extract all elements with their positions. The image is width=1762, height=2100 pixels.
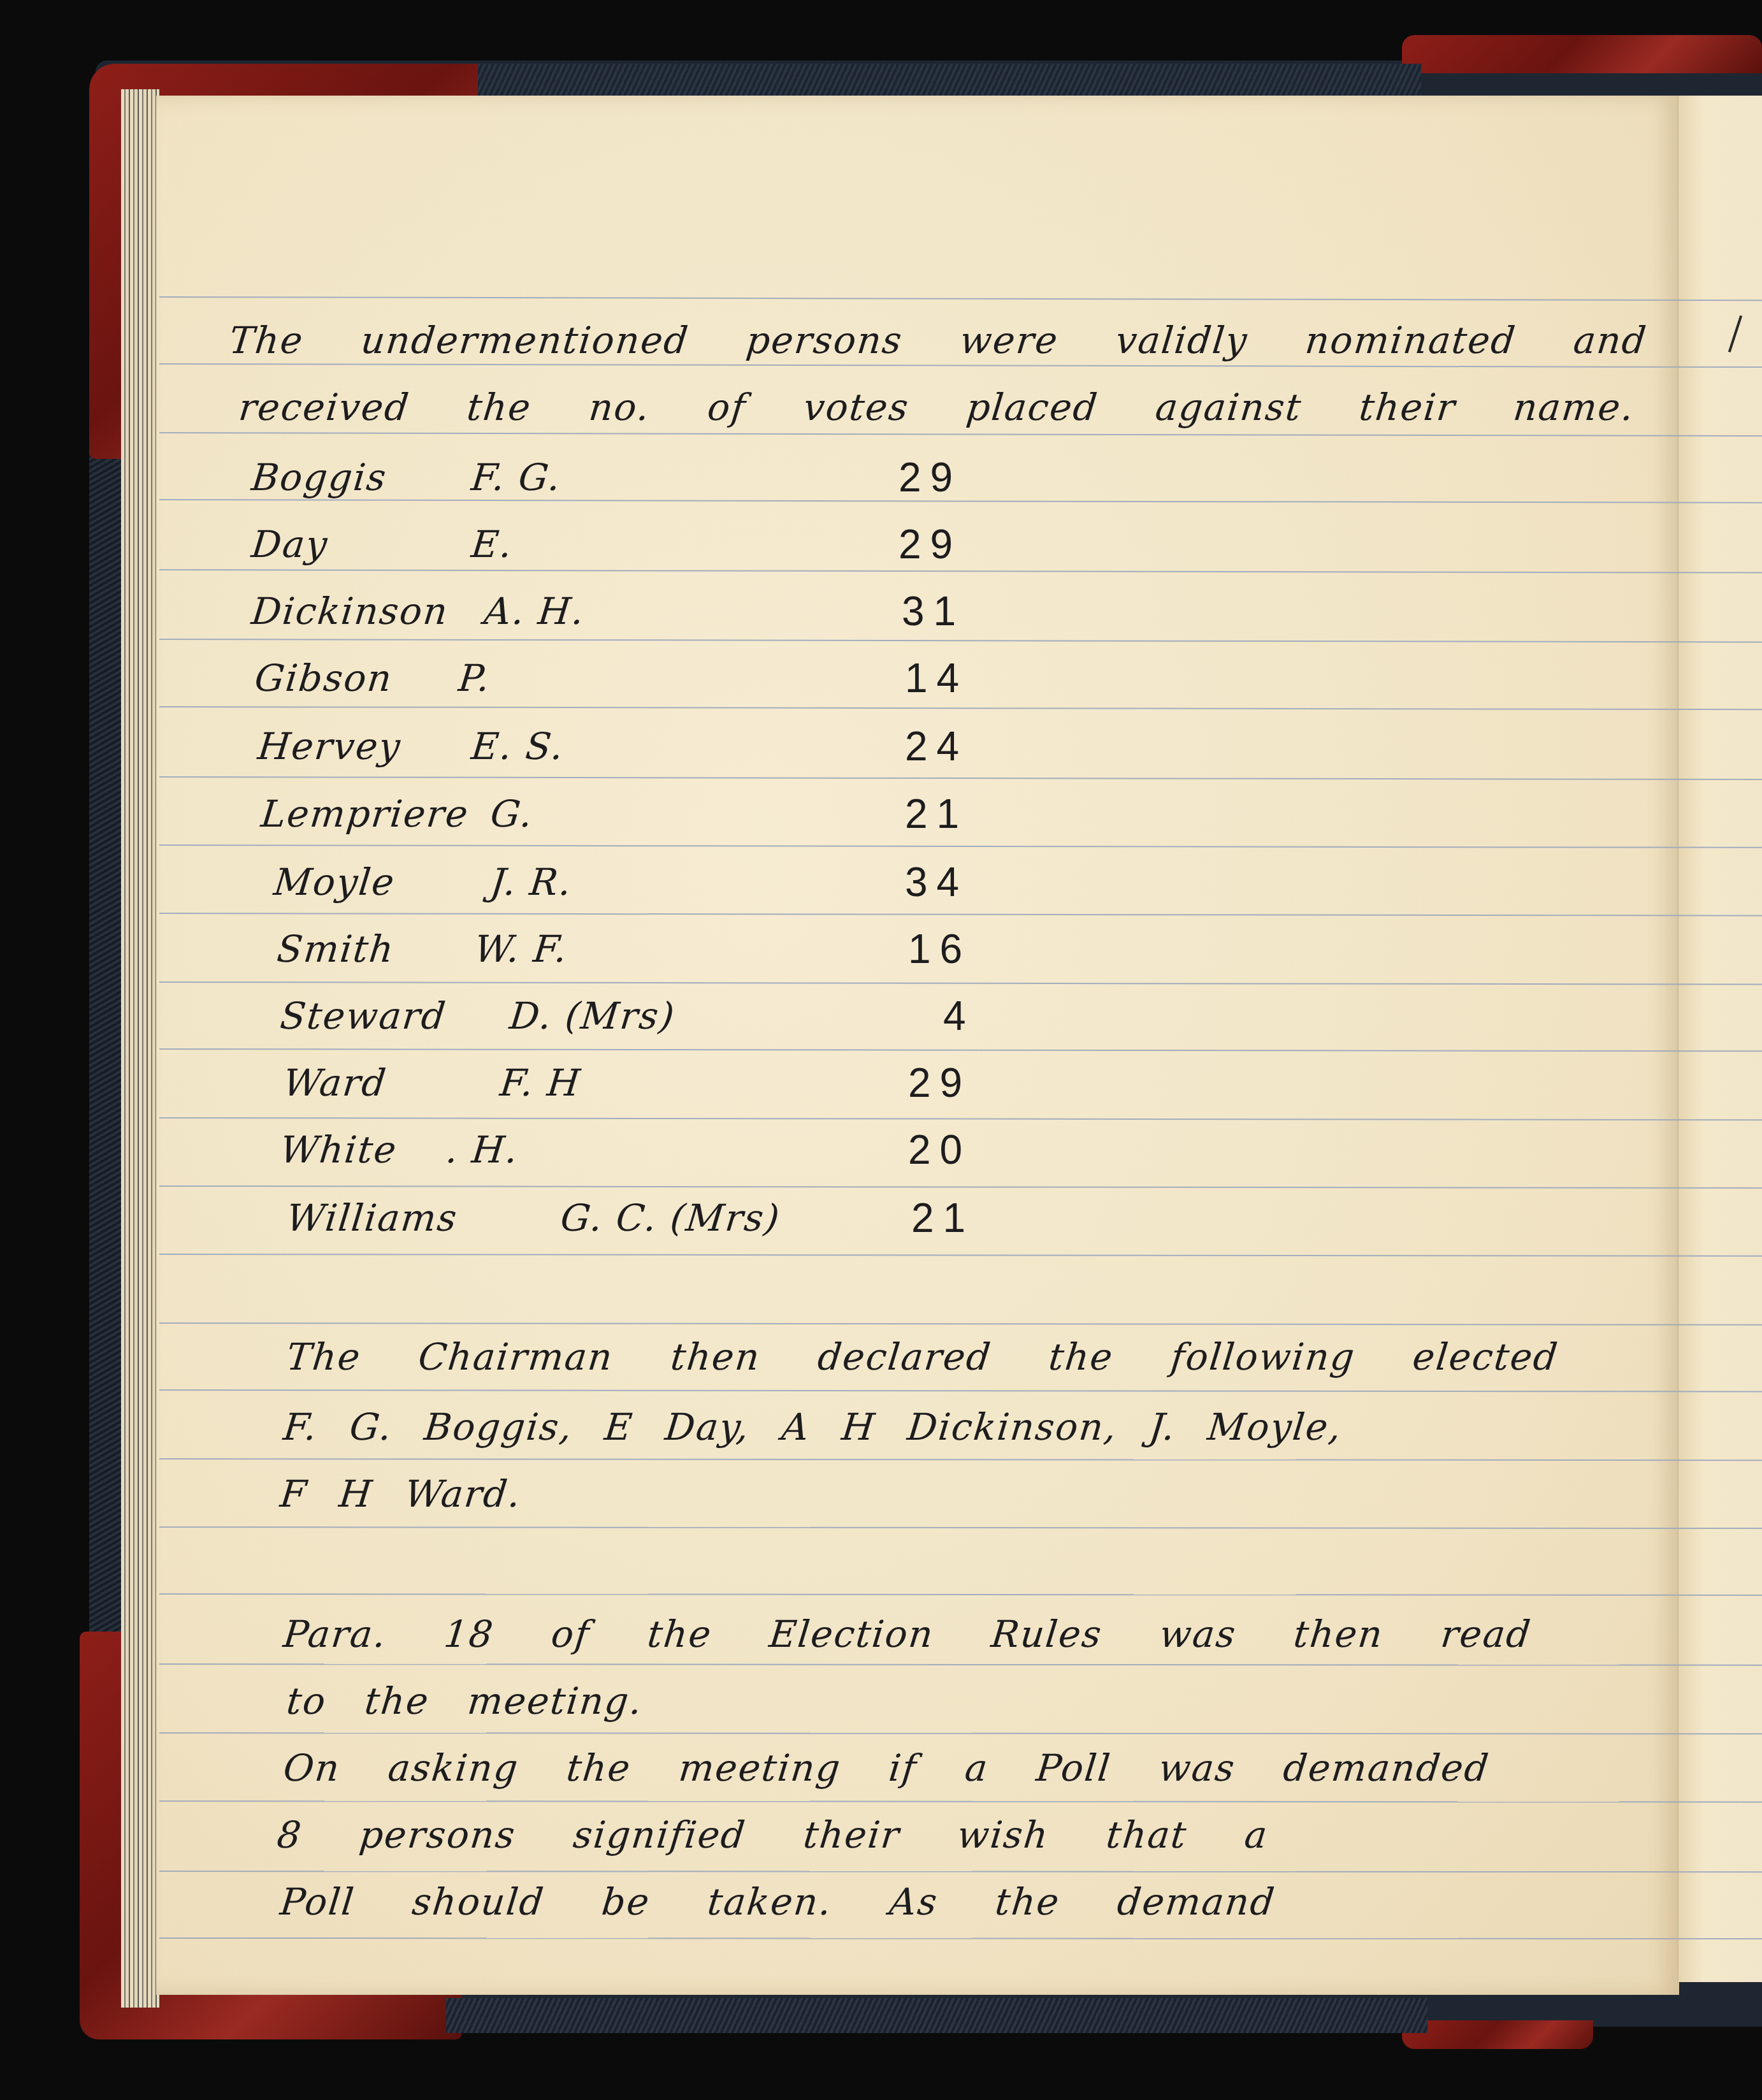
book-spread: The undermentioned persons were validly …	[0, 0, 1762, 2100]
candidate-votes: 21	[905, 790, 968, 837]
candidate-surname: Steward	[278, 994, 449, 1038]
candidate-surname: Day	[249, 523, 330, 566]
intro-line-2: received the no. of votes placed against…	[236, 386, 1636, 429]
candidate-surname: Gibson	[252, 656, 394, 700]
candidate-initials: J. R.	[488, 860, 574, 904]
candidate-initials: E.	[469, 523, 515, 566]
poll-line-1: On asking the meeting if a Poll was dema…	[281, 1746, 1491, 1790]
candidate-surname: Boggis	[249, 456, 389, 499]
candidate-surname: Moyle	[271, 860, 397, 904]
rules-line-1: Para. 18 of the Election Rules was then …	[281, 1612, 1533, 1656]
leather-edge-top-right	[1402, 35, 1762, 73]
candidate-surname: Lempriere	[259, 792, 471, 836]
poll-line-3: Poll should be taken. As the demand	[278, 1880, 1277, 1923]
candidate-surname: Hervey	[256, 725, 403, 768]
candidate-initials: D. (Mrs)	[507, 994, 677, 1038]
page-edges-stack	[121, 89, 159, 2008]
candidate-initials: A. H.	[482, 590, 587, 633]
declaration-line-1: The Chairman then declared the following…	[284, 1335, 1561, 1379]
candidate-votes: 24	[905, 723, 968, 770]
candidate-votes: 16	[908, 925, 971, 973]
candidate-votes: 4	[943, 992, 975, 1039]
candidate-votes: 34	[905, 858, 968, 906]
candidate-initials: G.	[488, 792, 535, 836]
right-page-edge	[1677, 96, 1762, 1982]
candidate-surname: Williams	[284, 1196, 459, 1240]
candidate-votes: 29	[899, 454, 962, 501]
candidate-votes: 29	[908, 1059, 971, 1106]
candidate-surname: Ward	[281, 1061, 389, 1104]
cloth-binding-bottom	[446, 1998, 1427, 2033]
leather-edge-bottom-right	[1402, 2020, 1593, 2049]
declaration-line-2: F. G. Boggis, E Day, A H Dickinson, J. M…	[281, 1405, 1344, 1449]
candidate-initials: G. C. (Mrs)	[558, 1196, 783, 1240]
candidate-initials: F. G.	[469, 456, 563, 499]
candidate-initials: . H.	[444, 1128, 521, 1171]
rules-line-2: to the meeting.	[284, 1679, 645, 1723]
candidate-votes: 29	[899, 521, 962, 568]
candidate-initials: P.	[456, 656, 493, 700]
candidate-initials: W. F.	[472, 927, 570, 971]
candidate-surname: Dickinson	[249, 590, 451, 633]
candidate-votes: 31	[902, 588, 965, 635]
intro-line-1: The undermentioned persons were validly …	[227, 319, 1649, 362]
declaration-line-3: F H Ward.	[278, 1472, 523, 1516]
candidate-votes: 20	[908, 1126, 971, 1173]
candidate-initials: F. H	[498, 1061, 583, 1104]
candidate-votes: 21	[911, 1194, 974, 1242]
candidate-votes: 14	[905, 655, 968, 702]
candidate-initials: E. S.	[469, 725, 566, 768]
poll-line-2: 8 persons signified their wish that a	[275, 1813, 1270, 1857]
candidate-surname: White	[278, 1128, 399, 1171]
candidate-surname: Smith	[275, 927, 396, 971]
